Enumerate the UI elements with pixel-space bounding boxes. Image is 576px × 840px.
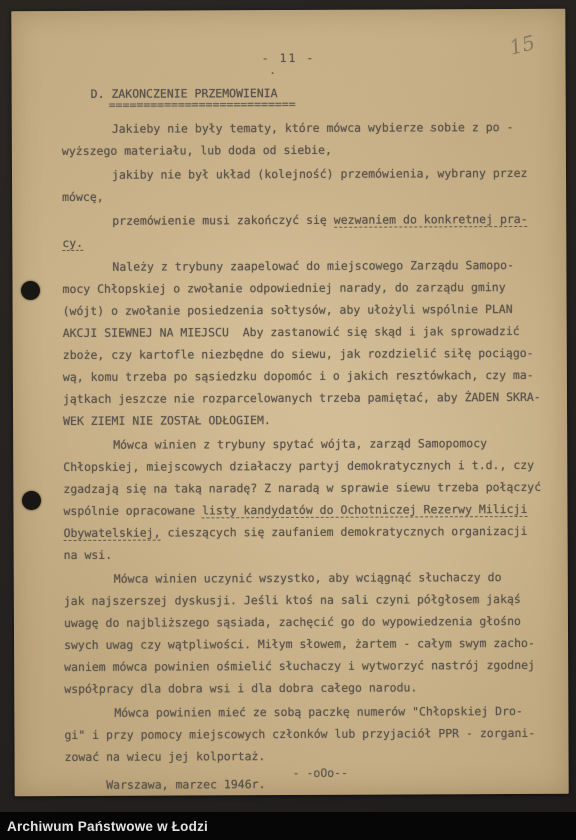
text-line: cy.: [62, 230, 556, 254]
text-line: Należy z trybuny zaapelować do miejscowe…: [62, 254, 556, 278]
text-line: wą, komu trzeba po sąsiedzku dopomóc i o…: [63, 364, 557, 388]
text-line: AKCJI SIEWNEJ NA MIEJSCU Aby zastanowić …: [63, 320, 557, 344]
paragraph: przemówienie musi zakończyć się wezwanie…: [62, 208, 556, 254]
text-line: uwagę do najbliższego sąsiada, zachęcić …: [64, 610, 558, 634]
text-line: jak najszerszej dyskusji. Jeśli ktoś na …: [64, 588, 558, 612]
paragraph: Mówca winien z trybuny spytać wójta, zar…: [63, 432, 558, 566]
text-line: Jakieby nie były tematy, które mówca wyb…: [62, 116, 556, 140]
footer-ornament: - -oOo--: [293, 766, 348, 780]
text-line: (wójt) o zwołanie posiedzenia sołtysów, …: [63, 298, 557, 322]
text-line: wyższego materiału, lub doda od siebie,: [62, 138, 556, 162]
text-line: gi" i przy pomocy miejscowych członków l…: [64, 722, 558, 746]
text-line: WEK ZIEMI NIE ZOSTAŁ ODŁOGIEM.: [63, 408, 557, 432]
paragraph: Jakieby nie były tematy, które mówca wyb…: [62, 116, 556, 162]
footer-place-date: Warszawa, marzec 1946r.: [106, 777, 265, 792]
text-line: mówcę,: [62, 184, 556, 208]
body-text: Jakieby nie były tematy, które mówca wyb…: [62, 116, 559, 768]
text-line: Chłopskiej, miejscowych działaczy partyj…: [63, 454, 557, 478]
hole-punch-top: [21, 281, 40, 300]
text-line: jątkach jeszcze nie rozparcelowanych trz…: [63, 386, 557, 410]
archive-bar: Archiwum Państwowe w Łodzi: [0, 812, 576, 840]
text-line: współpracy dla dobra wsi i dla dobra cał…: [64, 676, 558, 700]
heading-underline: ===========================: [109, 97, 296, 112]
paragraph: Mówca powinien mieć ze sobą paczkę numer…: [64, 700, 558, 768]
text-line: na wsi.: [64, 542, 558, 566]
text-line: Mówca powinien mieć ze sobą paczkę numer…: [64, 700, 558, 724]
page-number: - 11 -: [11, 50, 565, 66]
paragraph: jakiby nie był układ (kolejność) przemów…: [62, 162, 556, 208]
text-line: przemówienie musi zakończyć się wezwanie…: [62, 208, 556, 232]
text-line: wspólnie opracowane listy kandydatów do …: [63, 498, 557, 522]
text-line: swych uwag czy wątpliwości. Miłym słowem…: [64, 632, 558, 656]
text-line: waniem mówca powinien ośmielić słuchaczy…: [64, 654, 558, 678]
text-line: Mówca winien z trybuny spytać wójta, zar…: [63, 432, 557, 456]
text-line: mocy Chłopskiej o zwołanie odpowiedniej …: [62, 276, 556, 300]
archive-label: Archiwum Państwowe w Łodzi: [0, 819, 208, 834]
text-line: zgadzają się na taką naradę? Z naradą w …: [63, 476, 557, 500]
paper-speck: [430, 129, 432, 131]
hole-punch-bottom: [22, 491, 41, 510]
document-page: - 11 - 15 D. ZAKONCZENIE PRZEMOWIENIA ==…: [11, 9, 568, 796]
text-line: zboże, czy kartofle niezbędne do siewu, …: [63, 342, 557, 366]
paragraph: Należy z trybuny zaapelować do miejscowe…: [62, 254, 557, 432]
paragraph: Mówca winien uczynić wszystko, aby wciąg…: [64, 566, 559, 700]
scan-background: - 11 - 15 D. ZAKONCZENIE PRZEMOWIENIA ==…: [0, 0, 576, 840]
text-line: jakiby nie był układ (kolejność) przemów…: [62, 162, 556, 186]
text-line: Mówca winien uczynić wszystko, aby wciąg…: [64, 566, 558, 590]
text-line: Obywatelskiej, cieszących się zaufaniem …: [64, 520, 558, 544]
paper-speck: [272, 72, 274, 74]
